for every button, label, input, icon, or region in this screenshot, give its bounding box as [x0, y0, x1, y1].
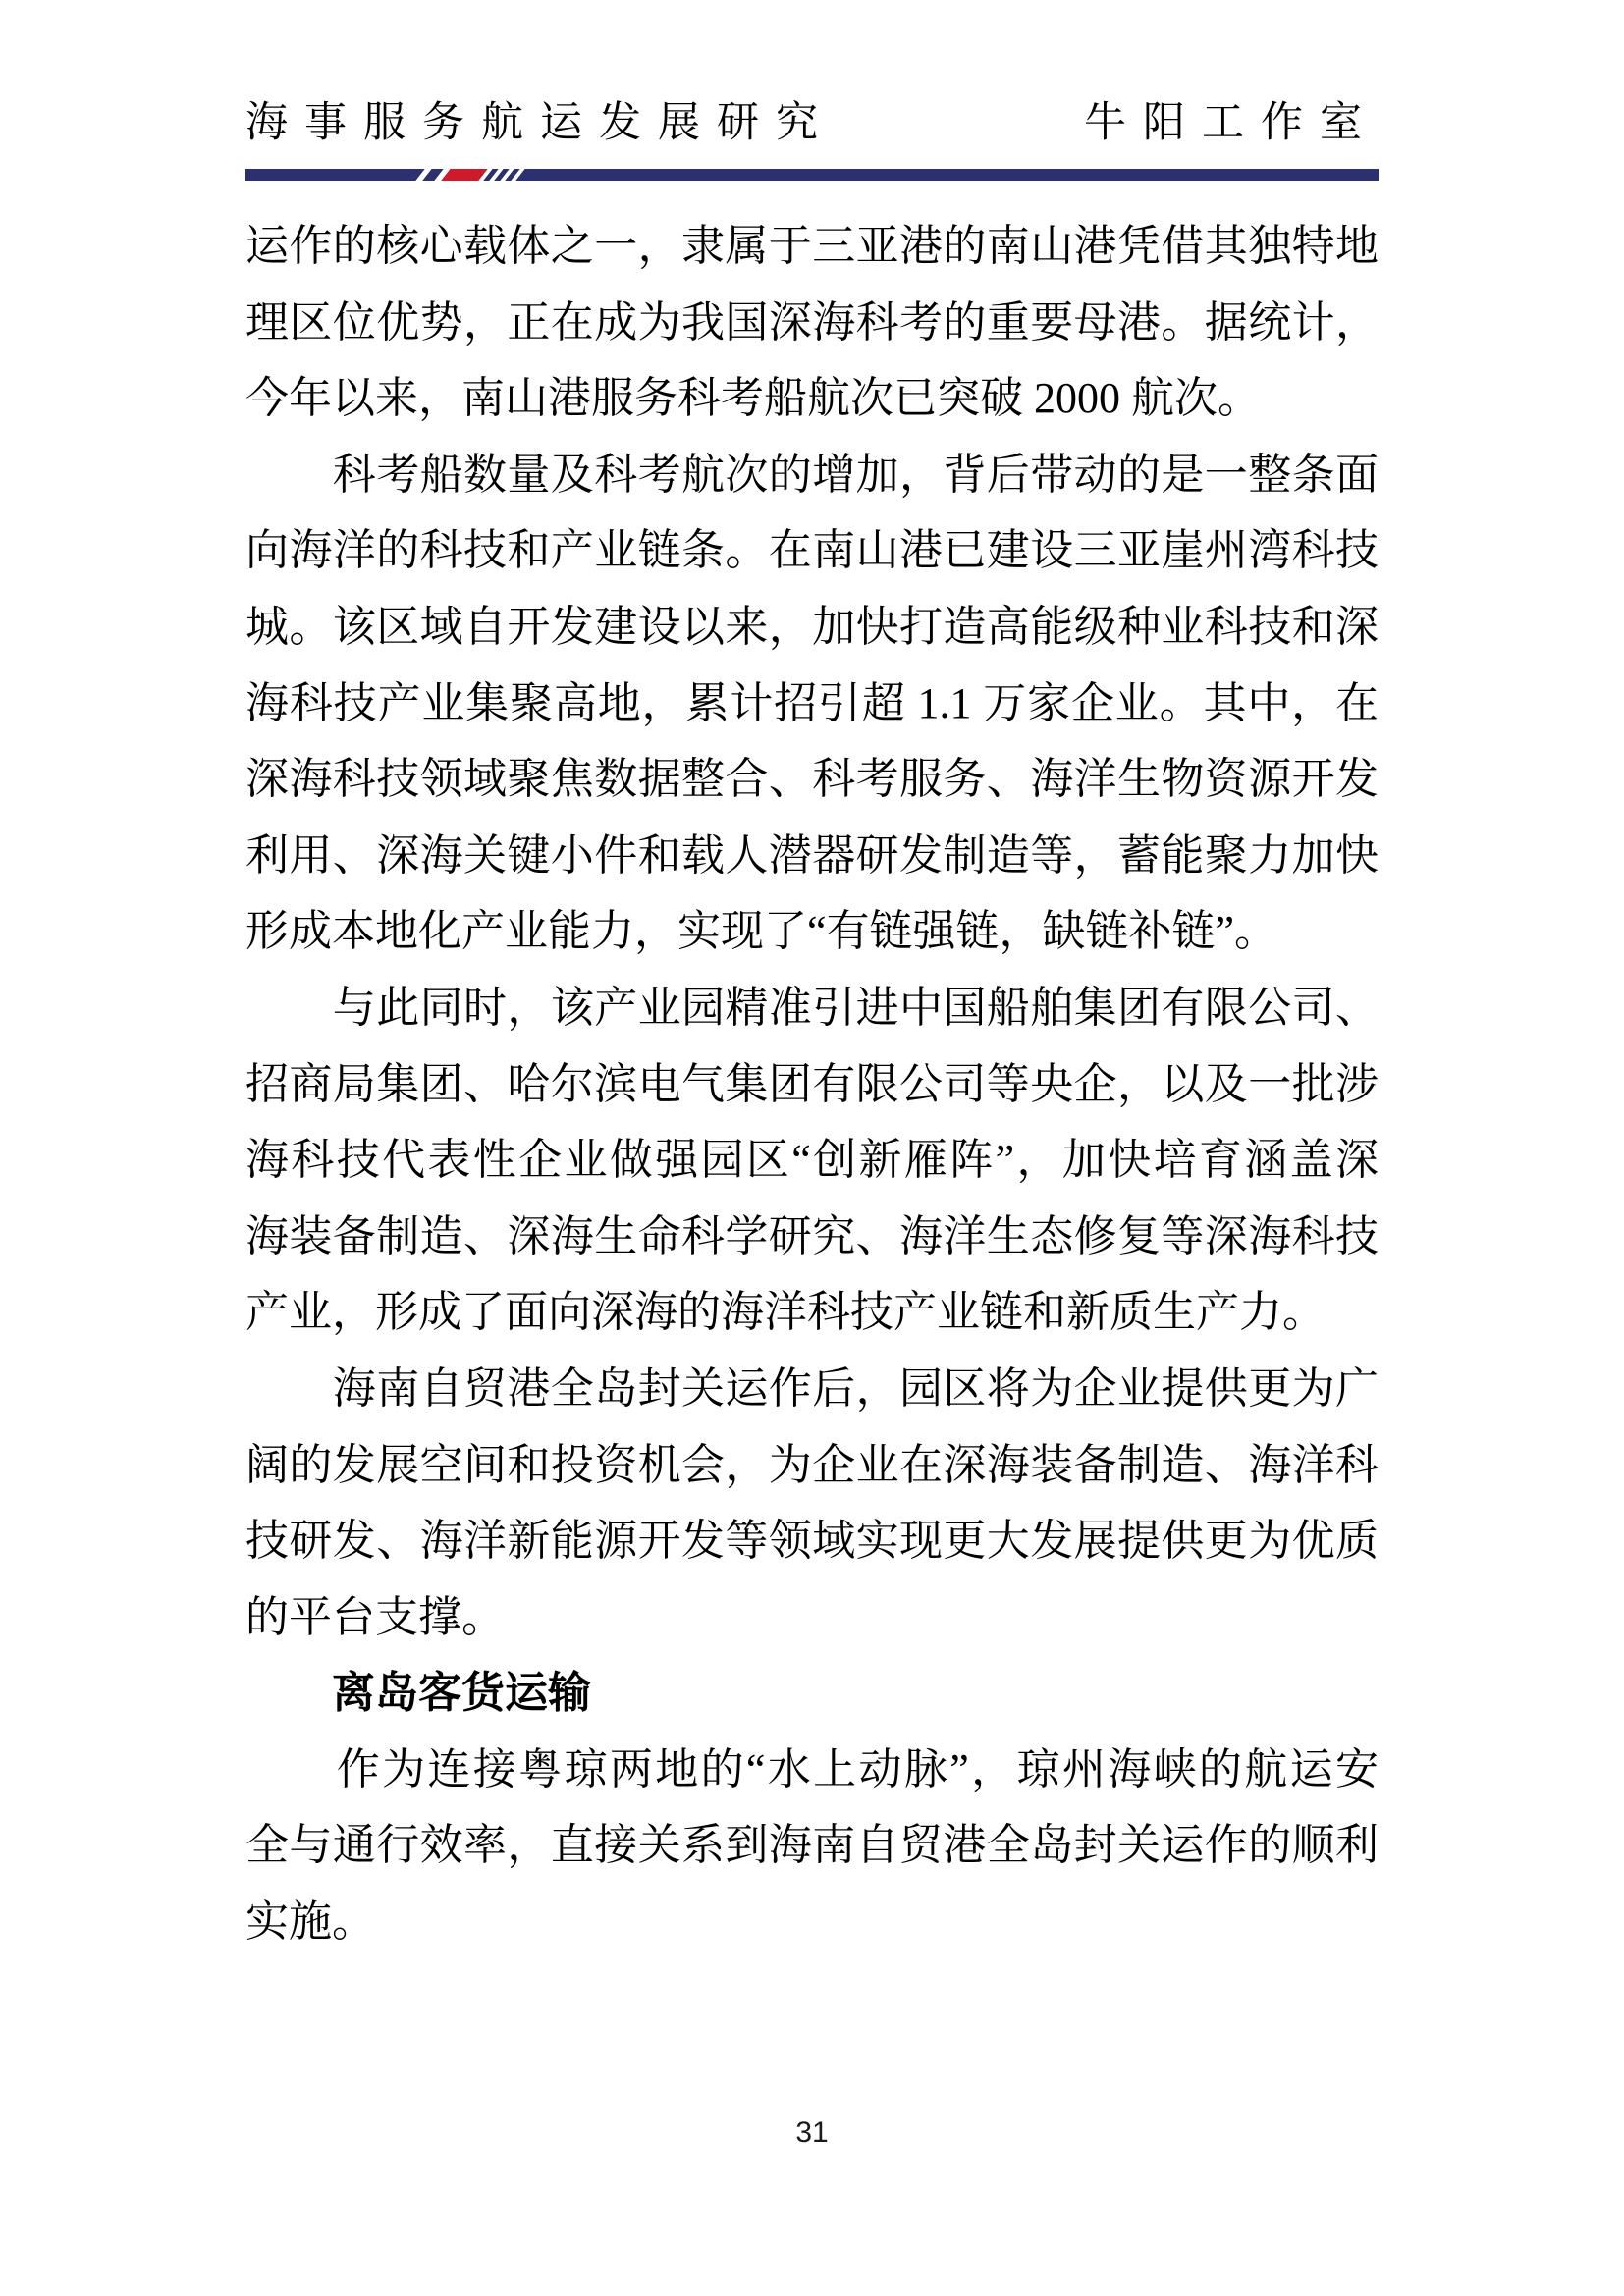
- body-line: 形成本地化产业能力，实现了“有链强链，缺链补链”。: [245, 893, 1379, 970]
- header-rule-accent: [420, 169, 532, 181]
- page-number: 31: [245, 2116, 1379, 2150]
- body-line: 产业，形成了面向深海的海洋科技产业链和新质生产力。: [245, 1274, 1379, 1351]
- page-header: 海事服务航运发展研究 牛阳工作室: [245, 96, 1379, 151]
- body-line: 招商局集团、哈尔滨电气集团有限公司等央企，以及一批涉: [245, 1046, 1379, 1123]
- body-line: 海科技产业集聚高地，累计招引超 1.1 万家企业。其中，在: [245, 666, 1379, 742]
- body-line: 利用、深海关键小件和载人潜器研发制造等，蓄能聚力加快: [245, 818, 1379, 894]
- header-title-left: 海事服务航运发展研究: [245, 96, 835, 151]
- header-rule: [245, 169, 1379, 181]
- body-line: 全与通行效率，直接关系到海南自贸港全岛封关运作的顺利: [245, 1807, 1379, 1884]
- body-line: 海装备制造、深海生命科学研究、海洋生态修复等深海科技: [245, 1199, 1379, 1275]
- header-title-right: 牛阳工作室: [1084, 96, 1379, 151]
- body-line: 理区位优势，正在成为我国深海科考的重要母港。据统计，: [245, 285, 1379, 361]
- body-line: 与此同时，该产业园精准引进中国船舶集团有限公司、: [245, 970, 1379, 1046]
- body-line: 向海洋的科技和产业链条。在南山港已建设三亚崖州湾科技: [245, 512, 1379, 589]
- body-line: 的平台支撑。: [245, 1579, 1379, 1656]
- body-line: 今年以来，南山港服务科考船航次已突破 2000 航次。: [245, 360, 1379, 437]
- body-line: 海南自贸港全岛封关运作后，园区将为企业提供更为广: [245, 1351, 1379, 1427]
- body-line: 运作的核心载体之一，隶属于三亚港的南山港凭借其独特地: [245, 208, 1379, 285]
- body-line: 阔的发展空间和投资机会，为企业在深海装备制造、海洋科: [245, 1427, 1379, 1504]
- section-heading: 离岛客货运输: [245, 1655, 1379, 1732]
- body-line: 城。该区域自开发建设以来，加快打造高能级种业科技和深: [245, 589, 1379, 666]
- body-line: 深海科技领域聚焦数据整合、科考服务、海洋生物资源开发: [245, 741, 1379, 818]
- document-page: 海事服务航运发展研究 牛阳工作室 运作的核心载体之一，隶属于三亚港的南山港凭借其…: [0, 0, 1624, 2296]
- body-line: 海科技代表性企业做强园区“创新雁阵”，加快培育涵盖深: [245, 1122, 1379, 1199]
- body-text: 运作的核心载体之一，隶属于三亚港的南山港凭借其独特地理区位优势，正在成为我国深海…: [245, 208, 1379, 1960]
- body-line: 科考船数量及科考航次的增加，背后带动的是一整条面: [245, 437, 1379, 513]
- body-line: 技研发、海洋新能源开发等领域实现更大发展提供更为优质: [245, 1503, 1379, 1579]
- body-line: 实施。: [245, 1884, 1379, 1960]
- body-line: 作为连接粤琼两地的“水上动脉”，琼州海峡的航运安: [245, 1732, 1379, 1808]
